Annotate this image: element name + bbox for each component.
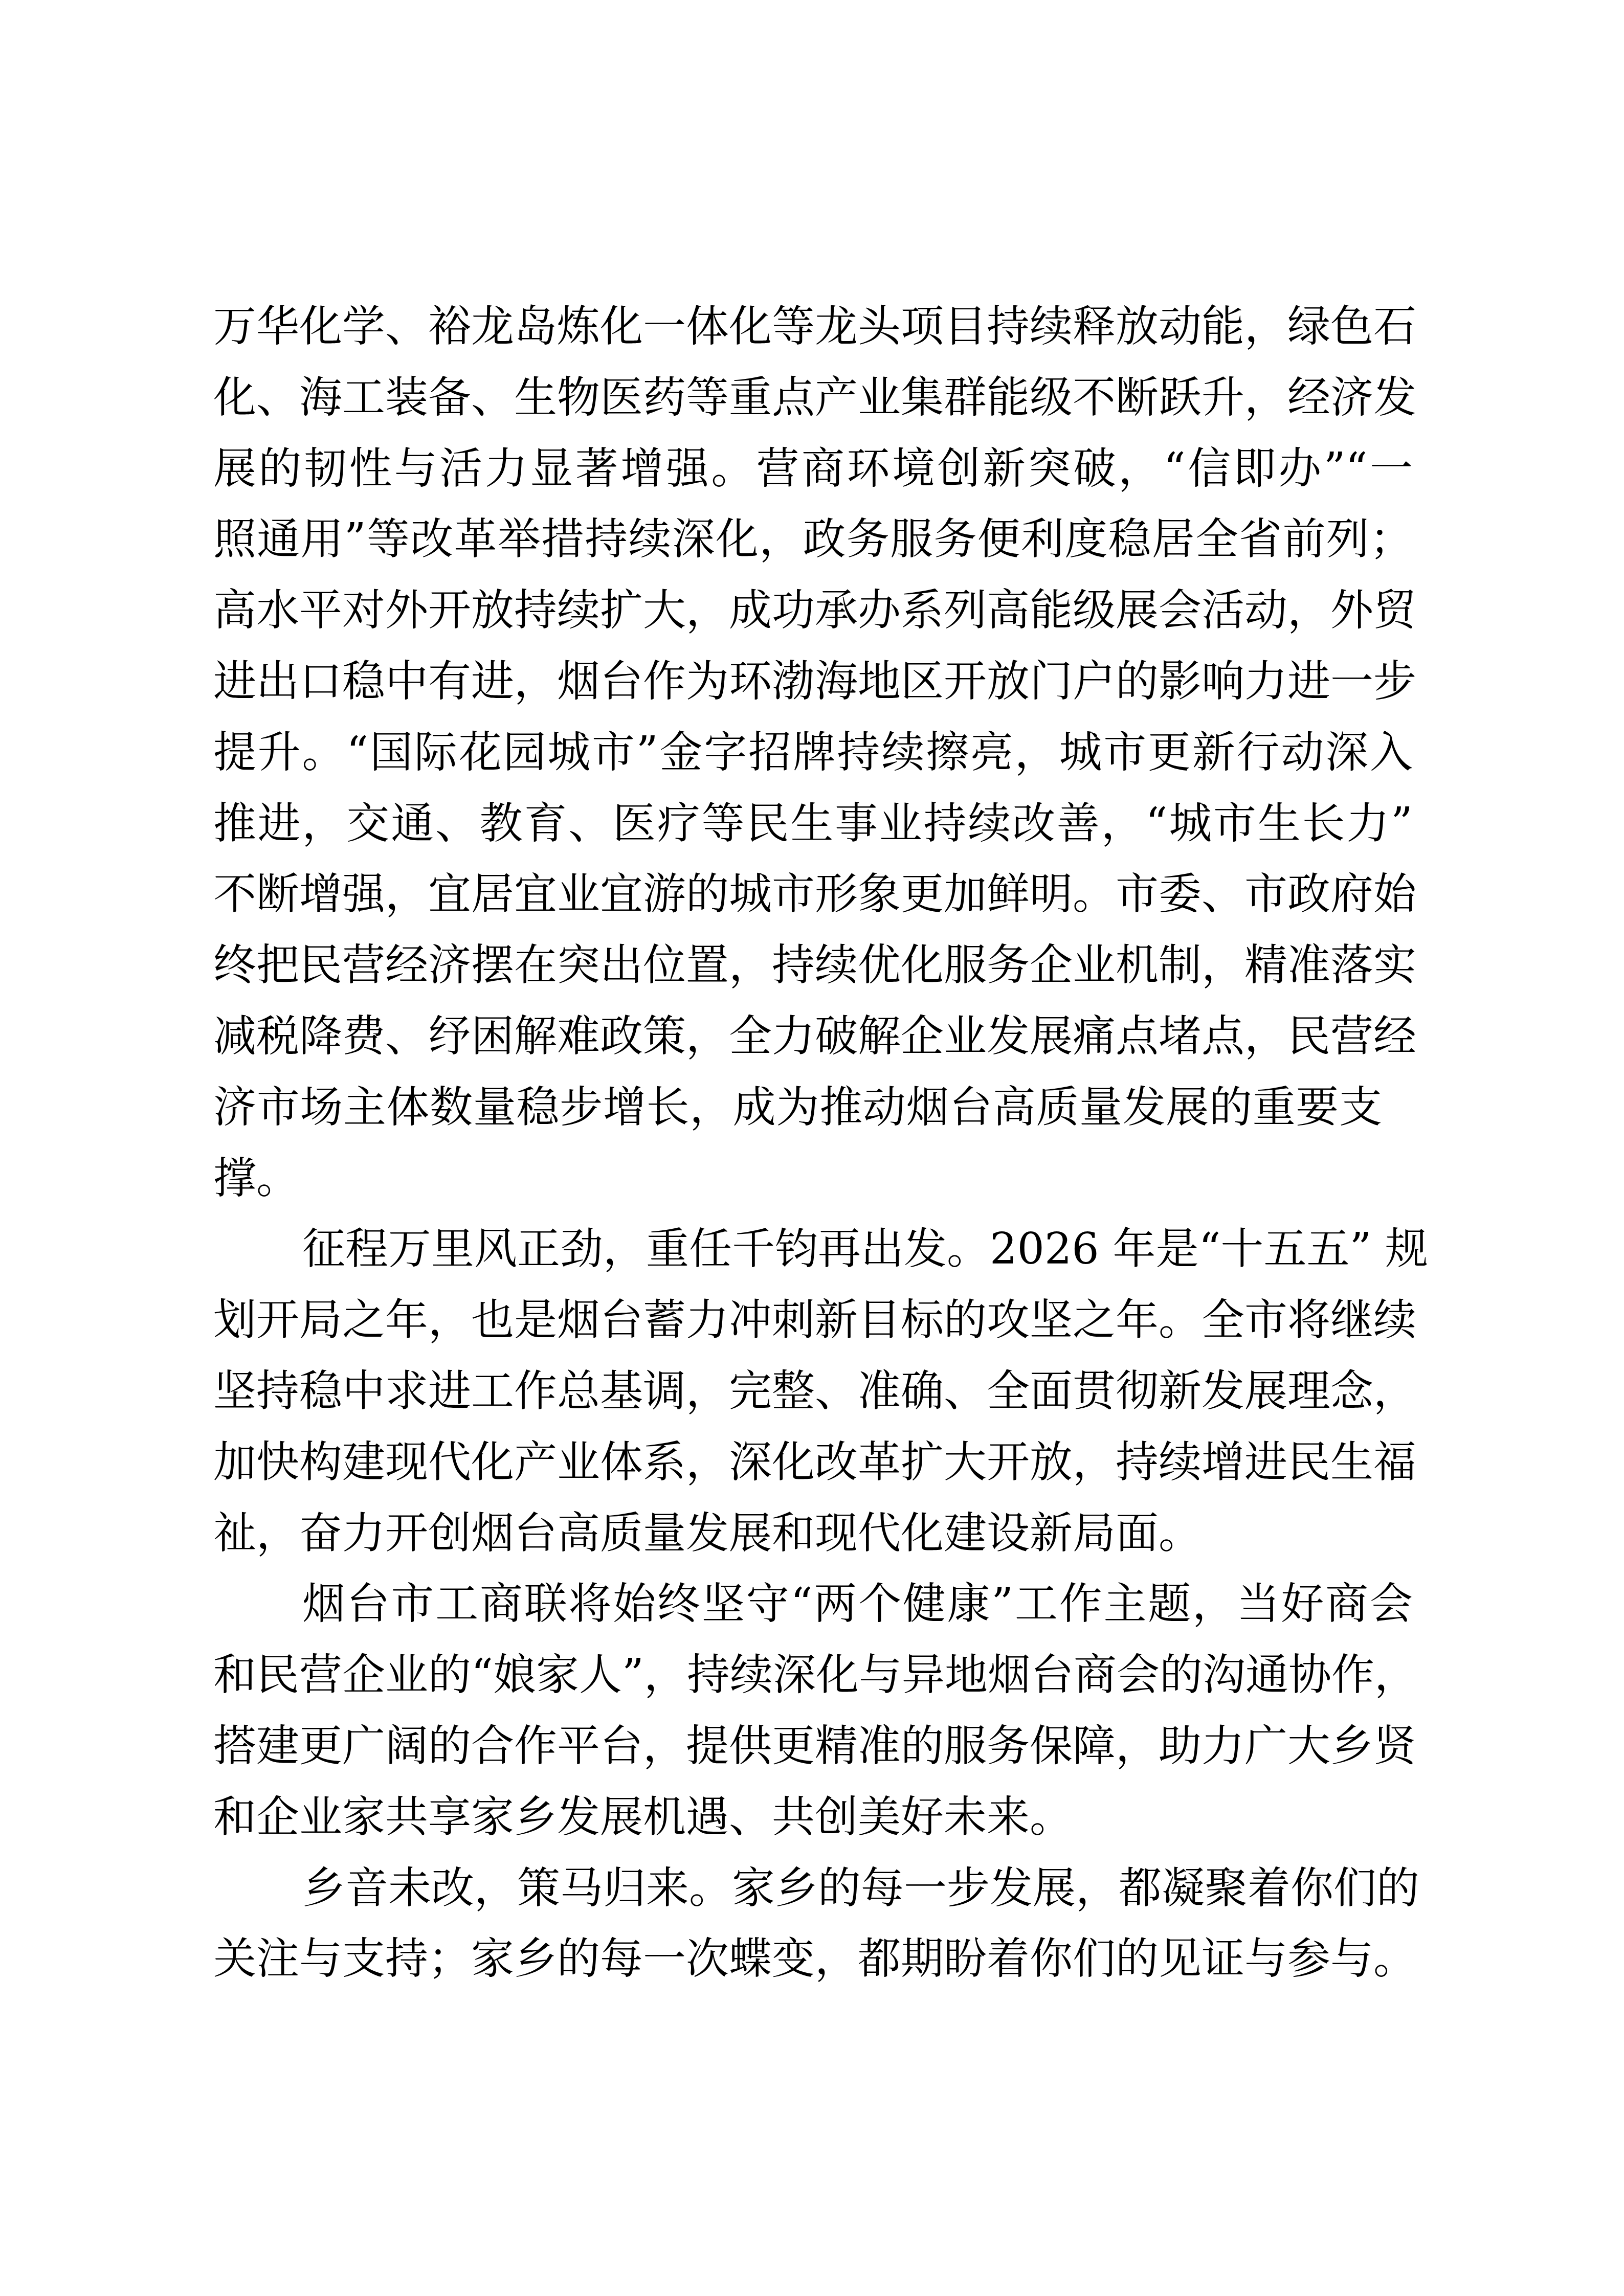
document-body: 万华化学、裕龙岛炼化一体化等龙头项目持续释放动能，绿色石 化、海工装备、生物医药…: [213, 296, 1413, 1999]
text-line: 不断增强，宜居宜业宜游的城市形象更加鲜明。市委、市政府始: [213, 863, 1413, 934]
text-line: 划开局之年，也是烟台蓄力冲刺新目标的攻坚之年。全市将继续: [213, 1289, 1413, 1360]
text-line: 高水平对外开放持续扩大，成功承办系列高能级展会活动，外贸: [213, 579, 1413, 650]
text-line: 和企业家共享家乡发展机遇、共创美好未来。: [213, 1786, 1413, 1857]
text-line: 搭建更广阔的合作平台，提供更精准的服务保障，助力广大乡贤: [213, 1715, 1413, 1786]
paragraph-4: 乡音未改，策马归来。家乡的每一步发展，都凝聚着你们的 关注与支持；家乡的每一次蝶…: [213, 1857, 1413, 1999]
text-line: 化、海工装备、生物医药等重点产业集群能级不断跃升，经济发: [213, 367, 1413, 438]
text-line: 坚持稳中求进工作总基调，完整、准确、全面贯彻新发展理念，: [213, 1360, 1413, 1431]
paragraph-1: 万华化学、裕龙岛炼化一体化等龙头项目持续释放动能，绿色石 化、海工装备、生物医药…: [213, 296, 1413, 1218]
text-line: 终把民营经济摆在突出位置，持续优化服务企业机制，精准落实: [213, 934, 1413, 1005]
text-line: 万华化学、裕龙岛炼化一体化等龙头项目持续释放动能，绿色石: [213, 296, 1413, 367]
text-line: 济市场主体数量稳步增长，成为推动烟台高质量发展的重要支: [213, 1076, 1413, 1147]
text-line: 加快构建现代化产业体系，深化改革扩大开放，持续增进民生福: [213, 1431, 1413, 1502]
text-line: 烟台市工商联将始终坚守“两个健康”工作主题，当好商会: [213, 1573, 1413, 1644]
text-line: 关注与支持；家乡的每一次蝶变，都期盼着你们的见证与参与。: [213, 1928, 1413, 1999]
text-line: 和民营企业的“娘家人”，持续深化与异地烟台商会的沟通协作，: [213, 1644, 1413, 1715]
text-line: 撑。: [213, 1147, 1413, 1219]
text-line: 提升。“国际花园城市”金字招牌持续擦亮，城市更新行动深入: [213, 722, 1413, 793]
text-line: 照通用”等改革举措持续深化，政务服务便利度稳居全省前列；: [213, 508, 1413, 579]
text-line: 展的韧性与活力显著增强。营商环境创新突破，“信即办”“一: [213, 438, 1413, 509]
document-page: 万华化学、裕龙岛炼化一体化等龙头项目持续释放动能，绿色石 化、海工装备、生物医药…: [0, 0, 1624, 2296]
text-line: 减税降费、纾困解难政策，全力破解企业发展痛点堵点，民营经: [213, 1005, 1413, 1076]
paragraph-2: 征程万里风正劲，重任千钧再出发。2026 年是“十五五” 规 划开局之年，也是烟…: [213, 1218, 1413, 1573]
text-line: 推进，交通、教育、医疗等民生事业持续改善，“城市生长力”: [213, 793, 1413, 864]
paragraph-3: 烟台市工商联将始终坚守“两个健康”工作主题，当好商会 和民营企业的“娘家人”，持…: [213, 1573, 1413, 1857]
text-line: 征程万里风正劲，重任千钧再出发。2026 年是“十五五” 规: [213, 1218, 1413, 1289]
text-line: 进出口稳中有进，烟台作为环渤海地区开放门户的影响力进一步: [213, 650, 1413, 722]
text-line: 祉，奋力开创烟台高质量发展和现代化建设新局面。: [213, 1502, 1413, 1573]
text-line: 乡音未改，策马归来。家乡的每一步发展，都凝聚着你们的: [213, 1857, 1413, 1928]
